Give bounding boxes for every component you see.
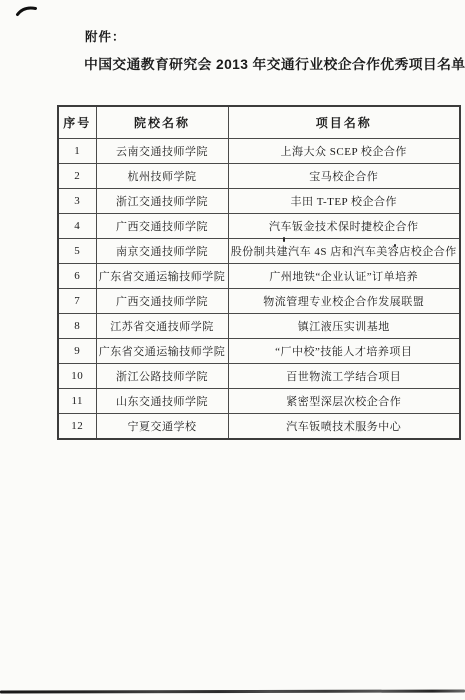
table-row: 3 浙江交通技师学院 丰田 T-TEP 校企合作 — [58, 189, 460, 214]
header-no: 序号 — [58, 106, 96, 139]
school-cell: 广西交通技师学院 — [96, 214, 228, 239]
project-cell: 宝马校企合作 — [228, 164, 460, 189]
header-project: 项目名称 — [228, 106, 460, 139]
document-page: { "page": { "attachment_label": "附件：", "… — [0, 0, 465, 700]
table-row: 4 广西交通技师学院 汽车钣金技术保时捷校企合作 — [58, 214, 460, 239]
project-cell: 紧密型深层次校企合作 — [228, 389, 460, 414]
table-row: 5 南京交通技师学院 股份制共建汽车 4S 店和汽车美容店校企合作 — [58, 239, 460, 264]
project-cell: 百世物流工学结合项目 — [228, 364, 460, 389]
table-row: 6 广东省交通运输技师学院 广州地铁“企业认证”订单培养 — [58, 264, 460, 289]
project-cell: 镇江液压实训基地 — [228, 314, 460, 339]
table-row: 7 广西交通技师学院 物流管理专业校企合作发展联盟 — [58, 289, 460, 314]
school-cell: 广西交通技师学院 — [96, 289, 228, 314]
row-no-cell: 2 — [58, 164, 96, 189]
table-row: 9 广东省交通运输技师学院 “厂中校”技能人才培养项目 — [58, 339, 460, 364]
scan-edge-artifact — [0, 690, 465, 694]
school-cell: 广东省交通运输技师学院 — [96, 339, 228, 364]
school-cell: 浙江交通技师学院 — [96, 189, 228, 214]
project-cell: 丰田 T-TEP 校企合作 — [228, 189, 460, 214]
document-title: 中国交通教育研究会 2013 年交通行业校企合作优秀项目名单 — [84, 53, 459, 73]
project-cell: 汽车钣喷技术服务中心 — [228, 414, 460, 440]
attachment-label: 附件： — [85, 27, 126, 45]
row-no-cell: 12 — [58, 414, 96, 440]
table-row: 10 浙江公路技师学院 百世物流工学结合项目 — [58, 364, 460, 389]
row-no-cell: 8 — [58, 314, 96, 339]
school-cell: 云南交通技师学院 — [96, 139, 228, 164]
row-no-cell: 10 — [58, 364, 96, 389]
table-header-row: 序号 院校名称 项目名称 — [58, 106, 460, 139]
school-cell: 江苏省交通技师学院 — [96, 314, 228, 339]
project-cell: “厂中校”技能人才培养项目 — [228, 339, 460, 364]
school-cell: 宁夏交通学校 — [96, 414, 228, 440]
row-no-cell: 7 — [58, 289, 96, 314]
table-row: 12 宁夏交通学校 汽车钣喷技术服务中心 — [58, 414, 460, 440]
ink-speck — [394, 244, 396, 247]
table-row: 11 山东交通技师学院 紧密型深层次校企合作 — [58, 389, 460, 414]
row-no-cell: 3 — [58, 189, 96, 214]
project-cell: 汽车钣金技术保时捷校企合作 — [228, 214, 460, 239]
table-row: 8 江苏省交通技师学院 镇江液压实训基地 — [58, 314, 460, 339]
row-no-cell: 9 — [58, 339, 96, 364]
pen-tick-mark — [15, 3, 39, 19]
school-cell: 山东交通技师学院 — [96, 389, 228, 414]
school-cell: 南京交通技师学院 — [96, 239, 228, 264]
header-school: 院校名称 — [96, 106, 228, 139]
row-no-cell: 4 — [58, 214, 96, 239]
table-row: 1 云南交通技师学院 上海大众 SCEP 校企合作 — [58, 139, 460, 164]
row-no-cell: 5 — [58, 239, 96, 264]
projects-table: 序号 院校名称 项目名称 1 云南交通技师学院 上海大众 SCEP 校企合作 2… — [57, 105, 461, 440]
project-cell: 股份制共建汽车 4S 店和汽车美容店校企合作 — [228, 239, 460, 264]
school-cell: 杭州技师学院 — [96, 164, 228, 189]
school-cell: 广东省交通运输技师学院 — [96, 264, 228, 289]
school-cell: 浙江公路技师学院 — [96, 364, 228, 389]
row-no-cell: 6 — [58, 264, 96, 289]
row-no-cell: 1 — [58, 139, 96, 164]
project-cell: 广州地铁“企业认证”订单培养 — [228, 264, 460, 289]
project-cell: 上海大众 SCEP 校企合作 — [228, 139, 460, 164]
project-cell: 物流管理专业校企合作发展联盟 — [228, 289, 460, 314]
row-no-cell: 11 — [58, 389, 96, 414]
ink-speck — [283, 237, 285, 242]
table-row: 2 杭州技师学院 宝马校企合作 — [58, 164, 460, 189]
